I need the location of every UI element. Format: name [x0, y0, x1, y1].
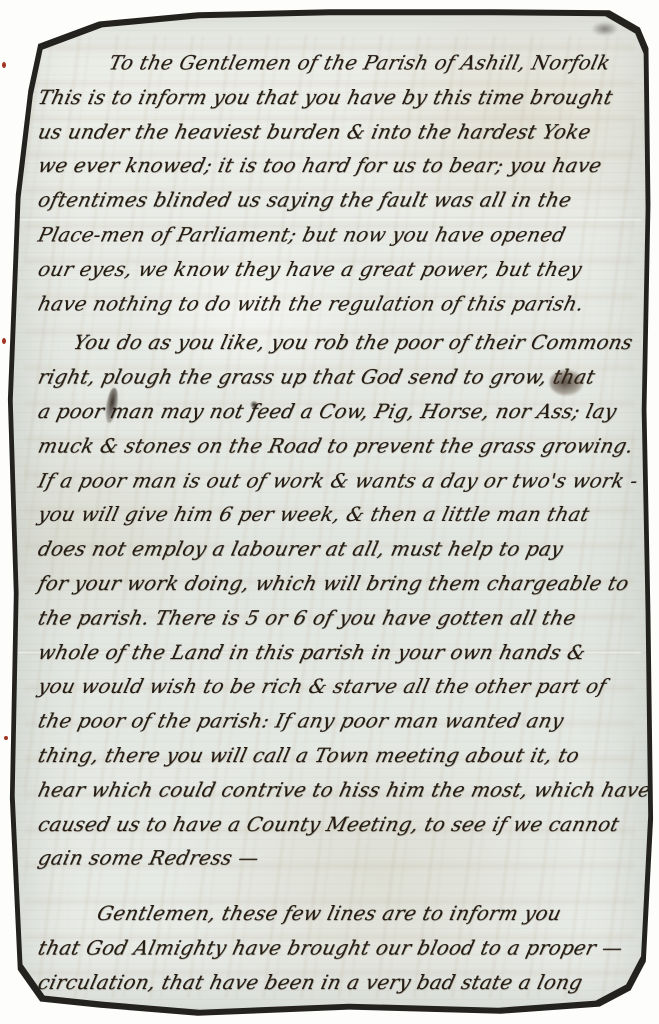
letter-line: you will give him 6 per week, & then a l… [34, 498, 630, 532]
handwriting-text: the poor of the parish: If any poor man … [34, 704, 567, 738]
handwriting-text: you will give him 6 per week, & then a l… [34, 498, 592, 532]
handwriting-text: To the Gentlemen of the Parish of Ashill… [105, 46, 614, 80]
handwriting-text: does not employ a labourer at all, must … [34, 532, 566, 566]
letter-line: caused us to have a County Meeting, to s… [34, 807, 630, 841]
letter-line: whole of the Land in this parish in your… [34, 635, 630, 669]
letter-line: that God Almighty have brought our blood… [34, 931, 630, 965]
letter-line: have nothing to do with the regulation o… [34, 286, 630, 320]
letter-line: for your work doing, which will bring th… [34, 566, 630, 600]
handwriting-text: right, plough the grass up that God send… [34, 360, 598, 394]
letter-line: This is to inform you that you have by t… [34, 80, 630, 114]
handwriting-text: you would wish to be rich & starve all t… [34, 669, 610, 703]
letter-line: the parish. There is 5 or 6 of you have … [34, 601, 630, 635]
handwriting-text: whole of the Land in this parish in your… [34, 635, 589, 669]
letter-line: Place-men of Parliament; but now you hav… [34, 218, 630, 252]
paragraph: To the Gentlemen of the Parish of Ashill… [34, 46, 630, 321]
letter-line: You do as you like, you rob the poor of … [34, 326, 630, 360]
handwriting-text: the parish. There is 5 or 6 of you have … [34, 601, 579, 635]
letter-line: circulation, that have been in a very ba… [34, 965, 630, 999]
letter-line: If a poor man is out of work & wants a d… [34, 463, 630, 497]
letter-line: a poor man may not feed a Cow, Pig, Hors… [34, 394, 630, 428]
letter-line: we ever knowed; it is too hard for us to… [34, 149, 630, 183]
red-fleck [2, 338, 6, 344]
handwriting-text: have nothing to do with the regulation o… [34, 286, 587, 320]
letter-line: our eyes, we know they have a great powe… [34, 252, 630, 286]
paragraph: You do as you like, you rob the poor of … [34, 326, 630, 876]
handwriting-text: oftentimes blinded us saying the fault w… [34, 183, 575, 217]
paragraph: Gentlemen, these few lines are to inform… [34, 896, 630, 999]
handwriting-text: we ever knowed; it is too hard for us to… [34, 149, 605, 183]
handwriting-text: muck & stones on the Road to prevent the… [34, 429, 637, 463]
handwriting-text: that God Almighty have brought our blood… [34, 931, 626, 965]
letter-line: oftentimes blinded us saying the fault w… [34, 183, 630, 217]
scan-background: To the Gentlemen of the Parish of Ashill… [0, 0, 659, 1024]
handwriting-text: circulation, that have been in a very ba… [34, 965, 586, 999]
letter-line: Gentlemen, these few lines are to inform… [34, 896, 630, 930]
handwriting-text: caused us to have a County Meeting, to s… [34, 807, 622, 841]
handwriting-text: a poor man may not feed a Cow, Pig, Hors… [34, 394, 620, 428]
handwriting-text: If a poor man is out of work & wants a d… [34, 463, 641, 497]
handwriting-text: You do as you like, you rob the poor of … [70, 326, 636, 360]
handwriting-text: our eyes, we know they have a great powe… [34, 252, 585, 286]
letter-line: muck & stones on the Road to prevent the… [34, 429, 630, 463]
letter-body: To the Gentlemen of the Parish of Ashill… [34, 46, 630, 1000]
handwriting-text: hear which could contrive to hiss him th… [34, 773, 654, 807]
handwriting-text: gain some Redress — [34, 841, 262, 875]
handwriting-text: for your work doing, which will bring th… [34, 566, 632, 600]
handwriting-text: Place-men of Parliament; but now you hav… [34, 218, 569, 252]
handwriting-text: Gentlemen, these few lines are to inform… [94, 896, 565, 930]
handwriting-text: This is to inform you that you have by t… [34, 80, 616, 114]
letter-line: does not employ a labourer at all, must … [34, 532, 630, 566]
red-fleck [4, 736, 8, 740]
letter-line: hear which could contrive to hiss him th… [34, 773, 630, 807]
corner-stain [592, 22, 618, 36]
letter-line: thing, there you will call a Town meetin… [34, 738, 630, 772]
letter-line: you would wish to be rich & starve all t… [34, 669, 630, 703]
letter-line: gain some Redress — [34, 841, 630, 875]
letter-line: right, plough the grass up that God send… [34, 360, 630, 394]
red-fleck [2, 62, 6, 68]
handwriting-text: us under the heaviest burden & into the … [34, 114, 594, 148]
handwriting-text: thing, there you will call a Town meetin… [34, 738, 582, 772]
letter-line: the poor of the parish: If any poor man … [34, 704, 630, 738]
salutation-line: To the Gentlemen of the Parish of Ashill… [34, 46, 630, 80]
paper: To the Gentlemen of the Parish of Ashill… [5, 6, 654, 1018]
letter-line: us under the heaviest burden & into the … [34, 114, 630, 148]
